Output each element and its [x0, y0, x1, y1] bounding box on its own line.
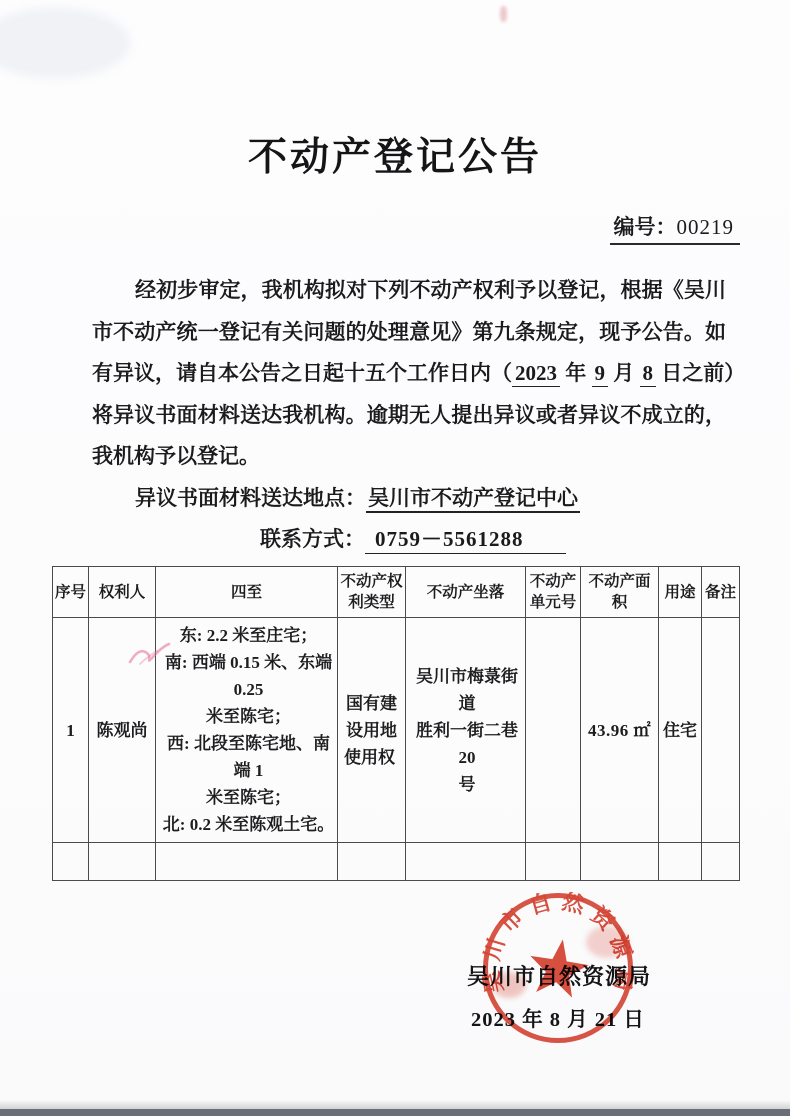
cell-usage: 住宅 [659, 618, 702, 843]
empty-cell [702, 843, 740, 881]
body-line-5: 我机构予以登记。 [92, 436, 726, 478]
header-area: 不动产面积 [581, 567, 659, 618]
empty-cell [526, 843, 581, 881]
empty-cell [89, 843, 156, 881]
empty-cell [659, 843, 702, 881]
cell-boundaries: 东: 2.2 米至庄宅； 南: 西端 0.15 米、东端 0.25 米至陈宅； … [156, 618, 338, 843]
contact-phone: 0759－5561288 [365, 527, 566, 554]
body-line-3: 有异议，请自本公告之日起十五个工作日内（2023 年 9 月 8 日之前） [92, 353, 726, 395]
official-seal: 吴川市自然资源局 [482, 892, 634, 1044]
deadline-year: 2023 [512, 361, 560, 387]
cell-remark [702, 618, 740, 843]
header-unit-no: 不动产 单元号 [526, 567, 581, 618]
contact-label: 联系方式： [260, 527, 365, 551]
empty-cell [53, 843, 89, 881]
document-number-value: 00219 [677, 215, 735, 239]
body-line-3-text: 有异议，请自本公告之日起十五个工作日内（ [92, 361, 512, 385]
cell-holder: 陈观尚 [89, 618, 156, 843]
header-location: 不动产坐落 [406, 567, 526, 618]
header-boundaries: 四至 [156, 567, 338, 618]
deadline-tail: 日之前） [656, 361, 745, 385]
header-holder: 权利人 [89, 567, 156, 618]
cell-seq: 1 [53, 618, 89, 843]
scan-speck-red [500, 6, 507, 22]
cell-unit-no [526, 618, 581, 843]
header-seq: 序号 [53, 567, 89, 618]
header-right-type: 不动产权 利类型 [338, 567, 406, 618]
announcement-body: 经初步审定，我机构拟对下列不动产权利予以登记，根据《吴川 市不动产统一登记有关问… [92, 270, 726, 561]
scan-smudge-top-left [0, 8, 130, 78]
header-remark: 备注 [702, 567, 740, 618]
scan-bottom-shadow [0, 1100, 790, 1109]
table-header-row: 序号 权利人 四至 不动产权 利类型 不动产坐落 不动产 单元号 不动产面积 用… [53, 567, 740, 618]
cell-right-type: 国有建设用地使用权 [338, 618, 406, 843]
delivery-address-line: 异议书面材料送达地点：吴川市不动产登记中心 [135, 478, 726, 520]
year-unit: 年 [560, 361, 592, 385]
cell-area: 43.96 ㎡ [581, 618, 659, 843]
empty-cell [406, 843, 526, 881]
cell-location: 吴川市梅菉街道 胜利一街二巷 20 号 [406, 618, 526, 843]
body-line-1: 经初步审定，我机构拟对下列不动产权利予以登记，根据《吴川 [92, 270, 726, 312]
delivery-address-label: 异议书面材料送达地点： [135, 486, 366, 510]
delivery-address-value: 吴川市不动产登记中心 [366, 486, 580, 513]
empty-cell [581, 843, 659, 881]
document-number-label: 编号： [614, 215, 677, 239]
deadline-month: 9 [592, 361, 609, 387]
registration-table: 序号 权利人 四至 不动产权 利类型 不动产坐落 不动产 单元号 不动产面积 用… [52, 566, 740, 881]
contact-line: 联系方式：0759－5561288 [260, 519, 726, 561]
announcement-document: 不动产登记公告 编号：00219 经初步审定，我机构拟对下列不动产权利予以登记，… [0, 0, 790, 1116]
table-empty-row [53, 843, 740, 881]
empty-cell [156, 843, 338, 881]
scan-bottom-edge [0, 1109, 790, 1116]
month-unit: 月 [608, 361, 640, 385]
page-title: 不动产登记公告 [0, 126, 790, 182]
document-number: 编号：00219 [610, 211, 741, 245]
body-line-4: 将异议书面材料送达我机构。逾期无人提出异议或者异议不成立的， [92, 395, 726, 437]
seal-star-icon [525, 935, 592, 1000]
deadline-day: 8 [640, 361, 657, 387]
header-usage: 用途 [659, 567, 702, 618]
table-row: 1 陈观尚 东: 2.2 米至庄宅； 南: 西端 0.15 米、东端 0.25 … [53, 618, 740, 843]
empty-cell [338, 843, 406, 881]
body-line-2: 市不动产统一登记有关问题的处理意见》第九条规定，现予公告。如 [92, 312, 726, 354]
